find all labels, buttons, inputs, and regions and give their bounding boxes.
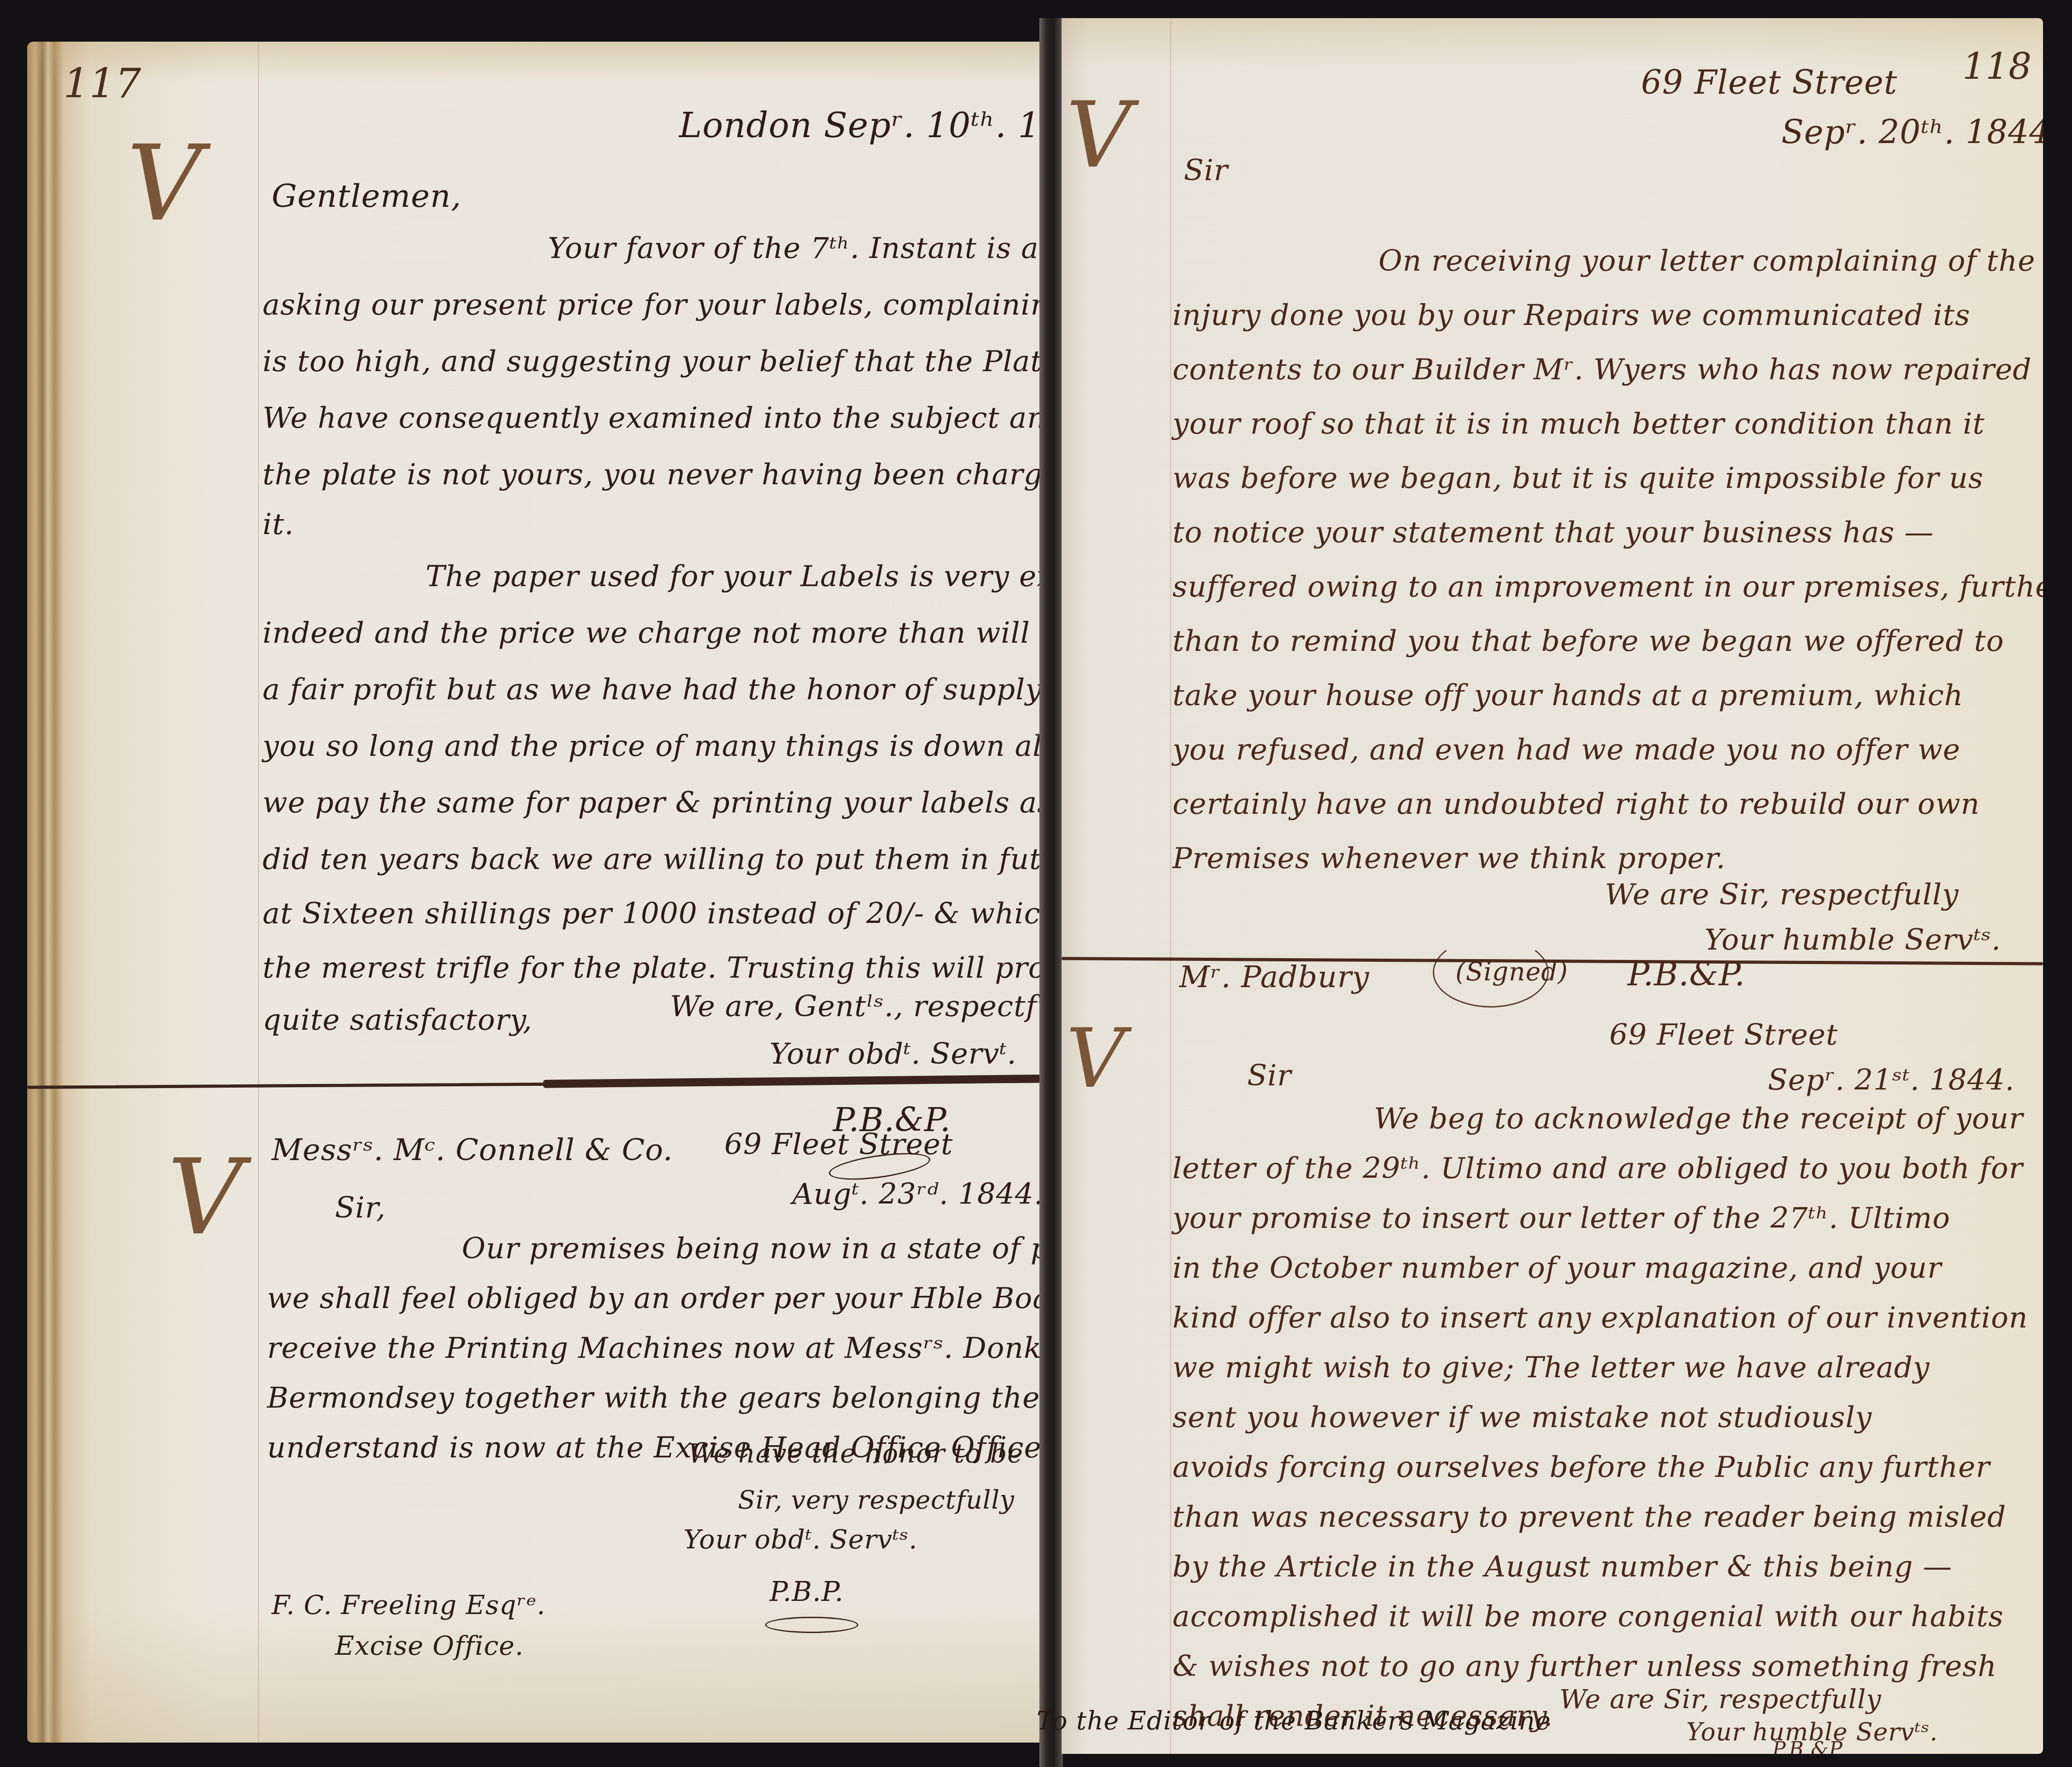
closing-line: Your humble Servᵗˢ. <box>1704 923 2001 957</box>
letter-line: take your house off your hands at a prem… <box>1172 679 1963 712</box>
letter-line: did ten years back we are willing to put… <box>263 843 1041 876</box>
letter-line: certainly have an undoubted right to reb… <box>1172 788 1980 821</box>
letter-line: We have consequently examined into the s… <box>263 401 1041 435</box>
dateline: London Sepʳ. 10ᵗʰ. 1844. <box>679 105 1041 145</box>
letter-line: letter of the 29ᵗʰ. Ultimo and are oblig… <box>1172 1152 2023 1185</box>
salutation: Sir <box>1247 1059 1292 1093</box>
addressee: To the Editor of the Bankers Magazine <box>1037 1706 1551 1736</box>
letter-line: the plate is not yours, you never having… <box>263 458 1041 492</box>
address: 69 Fleet Street <box>724 1128 953 1161</box>
address: 69 Fleet Street <box>1609 1018 1838 1052</box>
salutation: Sir <box>1184 154 1228 187</box>
letter-line: asking our present price for your labels… <box>263 288 1041 322</box>
salutation: Sir, <box>335 1191 386 1225</box>
addressee: Mʳ. Padbury <box>1179 960 1369 994</box>
letter-line: we might wish to give; The letter we hav… <box>1172 1351 1930 1385</box>
address: 69 Fleet Street <box>1641 63 1897 101</box>
letter-line: by the Article in the August number & th… <box>1172 1550 1952 1584</box>
closing-line: We are, Gentˡˢ., respectfully <box>670 990 1041 1023</box>
closing-line: We are Sir, respectfully <box>1560 1684 1881 1714</box>
page-number: 117 <box>63 60 141 107</box>
closing-line: Your obdᵗ. Servᵗˢ. <box>684 1524 918 1555</box>
check-mark-icon: V <box>1066 91 1131 181</box>
letter-line: quite satisfactory, <box>263 1003 532 1037</box>
closing-line: Sir, very respectfully <box>738 1485 1014 1515</box>
letter-line: in the October number of your magazine, … <box>1172 1251 1942 1285</box>
letter-line: your roof so that it is in much better c… <box>1172 407 1985 441</box>
letter-line: than was necessary to prevent the reader… <box>1172 1500 2006 1534</box>
check-mark-icon: V <box>167 1146 243 1250</box>
letter-line: at Sixteen shillings per 1000 instead of… <box>263 897 1041 931</box>
page-number: 118 <box>1962 45 2032 87</box>
signature-flourish <box>765 1617 858 1633</box>
letter-line: you refused, and even had we made you no… <box>1172 733 1961 767</box>
letter-line: was before we began, but it is quite imp… <box>1172 462 1984 495</box>
letter-line: the merest trifle for the plate. Trustin… <box>263 951 1041 985</box>
letter-line: than to remind you that before we began … <box>1172 625 2004 658</box>
letter-line: Our premises being now in a state of pre… <box>462 1232 1041 1266</box>
signature: P.B.&P. <box>1772 1738 1846 1754</box>
letter-line: Premises whenever we think proper. <box>1172 842 1726 875</box>
margin-rule <box>1170 18 1171 1754</box>
letter-line: accomplished it will be more congenial w… <box>1172 1600 2004 1633</box>
check-mark-icon: V <box>1066 1018 1125 1100</box>
salutation: Gentlemen, <box>272 177 462 215</box>
letter-line: it. <box>263 508 294 541</box>
letter-line: we pay the same for paper & printing you… <box>263 786 1041 820</box>
dateline: Sepʳ. 20ᵗʰ. 1844. <box>1781 113 2043 151</box>
letter-line: avoids forcing ourselves before the Publ… <box>1172 1451 1990 1484</box>
letter-line: On receiving your letter complaining of … <box>1378 244 2035 278</box>
letter-line: you so long and the price of many things… <box>263 730 1041 763</box>
addressee: Excise Office. <box>335 1630 524 1661</box>
addressee: Messʳˢ. Mᶜ. Connell & Co. <box>272 1132 673 1167</box>
letter-line: sent you however if we mistake not studi… <box>1172 1401 1872 1434</box>
signature: P.B.P. <box>770 1576 844 1608</box>
letter-line: is too high, and suggesting your belief … <box>263 345 1041 378</box>
addressee: F. C. Freeling Esqʳᵉ. <box>272 1590 546 1620</box>
closing-line: Your obdᵗ. Servᵗ. <box>770 1037 1017 1071</box>
letter-line: Your favor of the 7ᵗʰ. Instant is at han… <box>548 232 1041 265</box>
letter-line: indeed and the price we charge not more … <box>263 616 1041 650</box>
margin-rule <box>258 42 259 1743</box>
letter-line: suffered owing to an improvement in our … <box>1172 570 2043 604</box>
letter-line: to notice your statement that your busin… <box>1172 516 1934 549</box>
closing-line: We have the honor to be <box>688 1438 1023 1469</box>
letter-line: your promise to insert our letter of the… <box>1172 1202 1950 1235</box>
dateline: Augᵗ. 23ʳᵈ. 1844. <box>792 1178 1041 1211</box>
letter-line: The paper used for your Labels is very e… <box>426 560 1041 593</box>
letter-line: & wishes not to go any further unless so… <box>1172 1650 1997 1683</box>
letter-line: kind offer also to insert any explanatio… <box>1172 1301 2028 1335</box>
dateline: Sepʳ. 21ˢᵗ. 1844. <box>1768 1064 2015 1097</box>
letter-line: a fair profit but as we have had the hon… <box>263 673 1041 707</box>
check-mark-icon: V <box>127 132 202 236</box>
letter-line: injury done you by our Repairs we commun… <box>1172 299 1970 332</box>
left-page: 117 V London Sepʳ. 10ᵗʰ. 1844. Gentlemen… <box>27 42 1041 1743</box>
letter-line: we shall feel obliged by an order per yo… <box>267 1282 1041 1315</box>
letter-line: We beg to acknowledge the receipt of you… <box>1374 1102 2023 1136</box>
right-page: 118 V 69 Fleet Street Sepʳ. 20ᵗʰ. 1844. … <box>1062 18 2043 1754</box>
closing-line: We are Sir, respectfully <box>1605 878 1959 912</box>
letter-line: receive the Printing Machines now at Mes… <box>267 1332 1041 1365</box>
letter-line: Bermondsey together with the gears belon… <box>267 1381 1041 1415</box>
book-gutter <box>1039 18 1063 1767</box>
letter-line: contents to our Builder Mʳ. Wyers who ha… <box>1172 353 2032 387</box>
